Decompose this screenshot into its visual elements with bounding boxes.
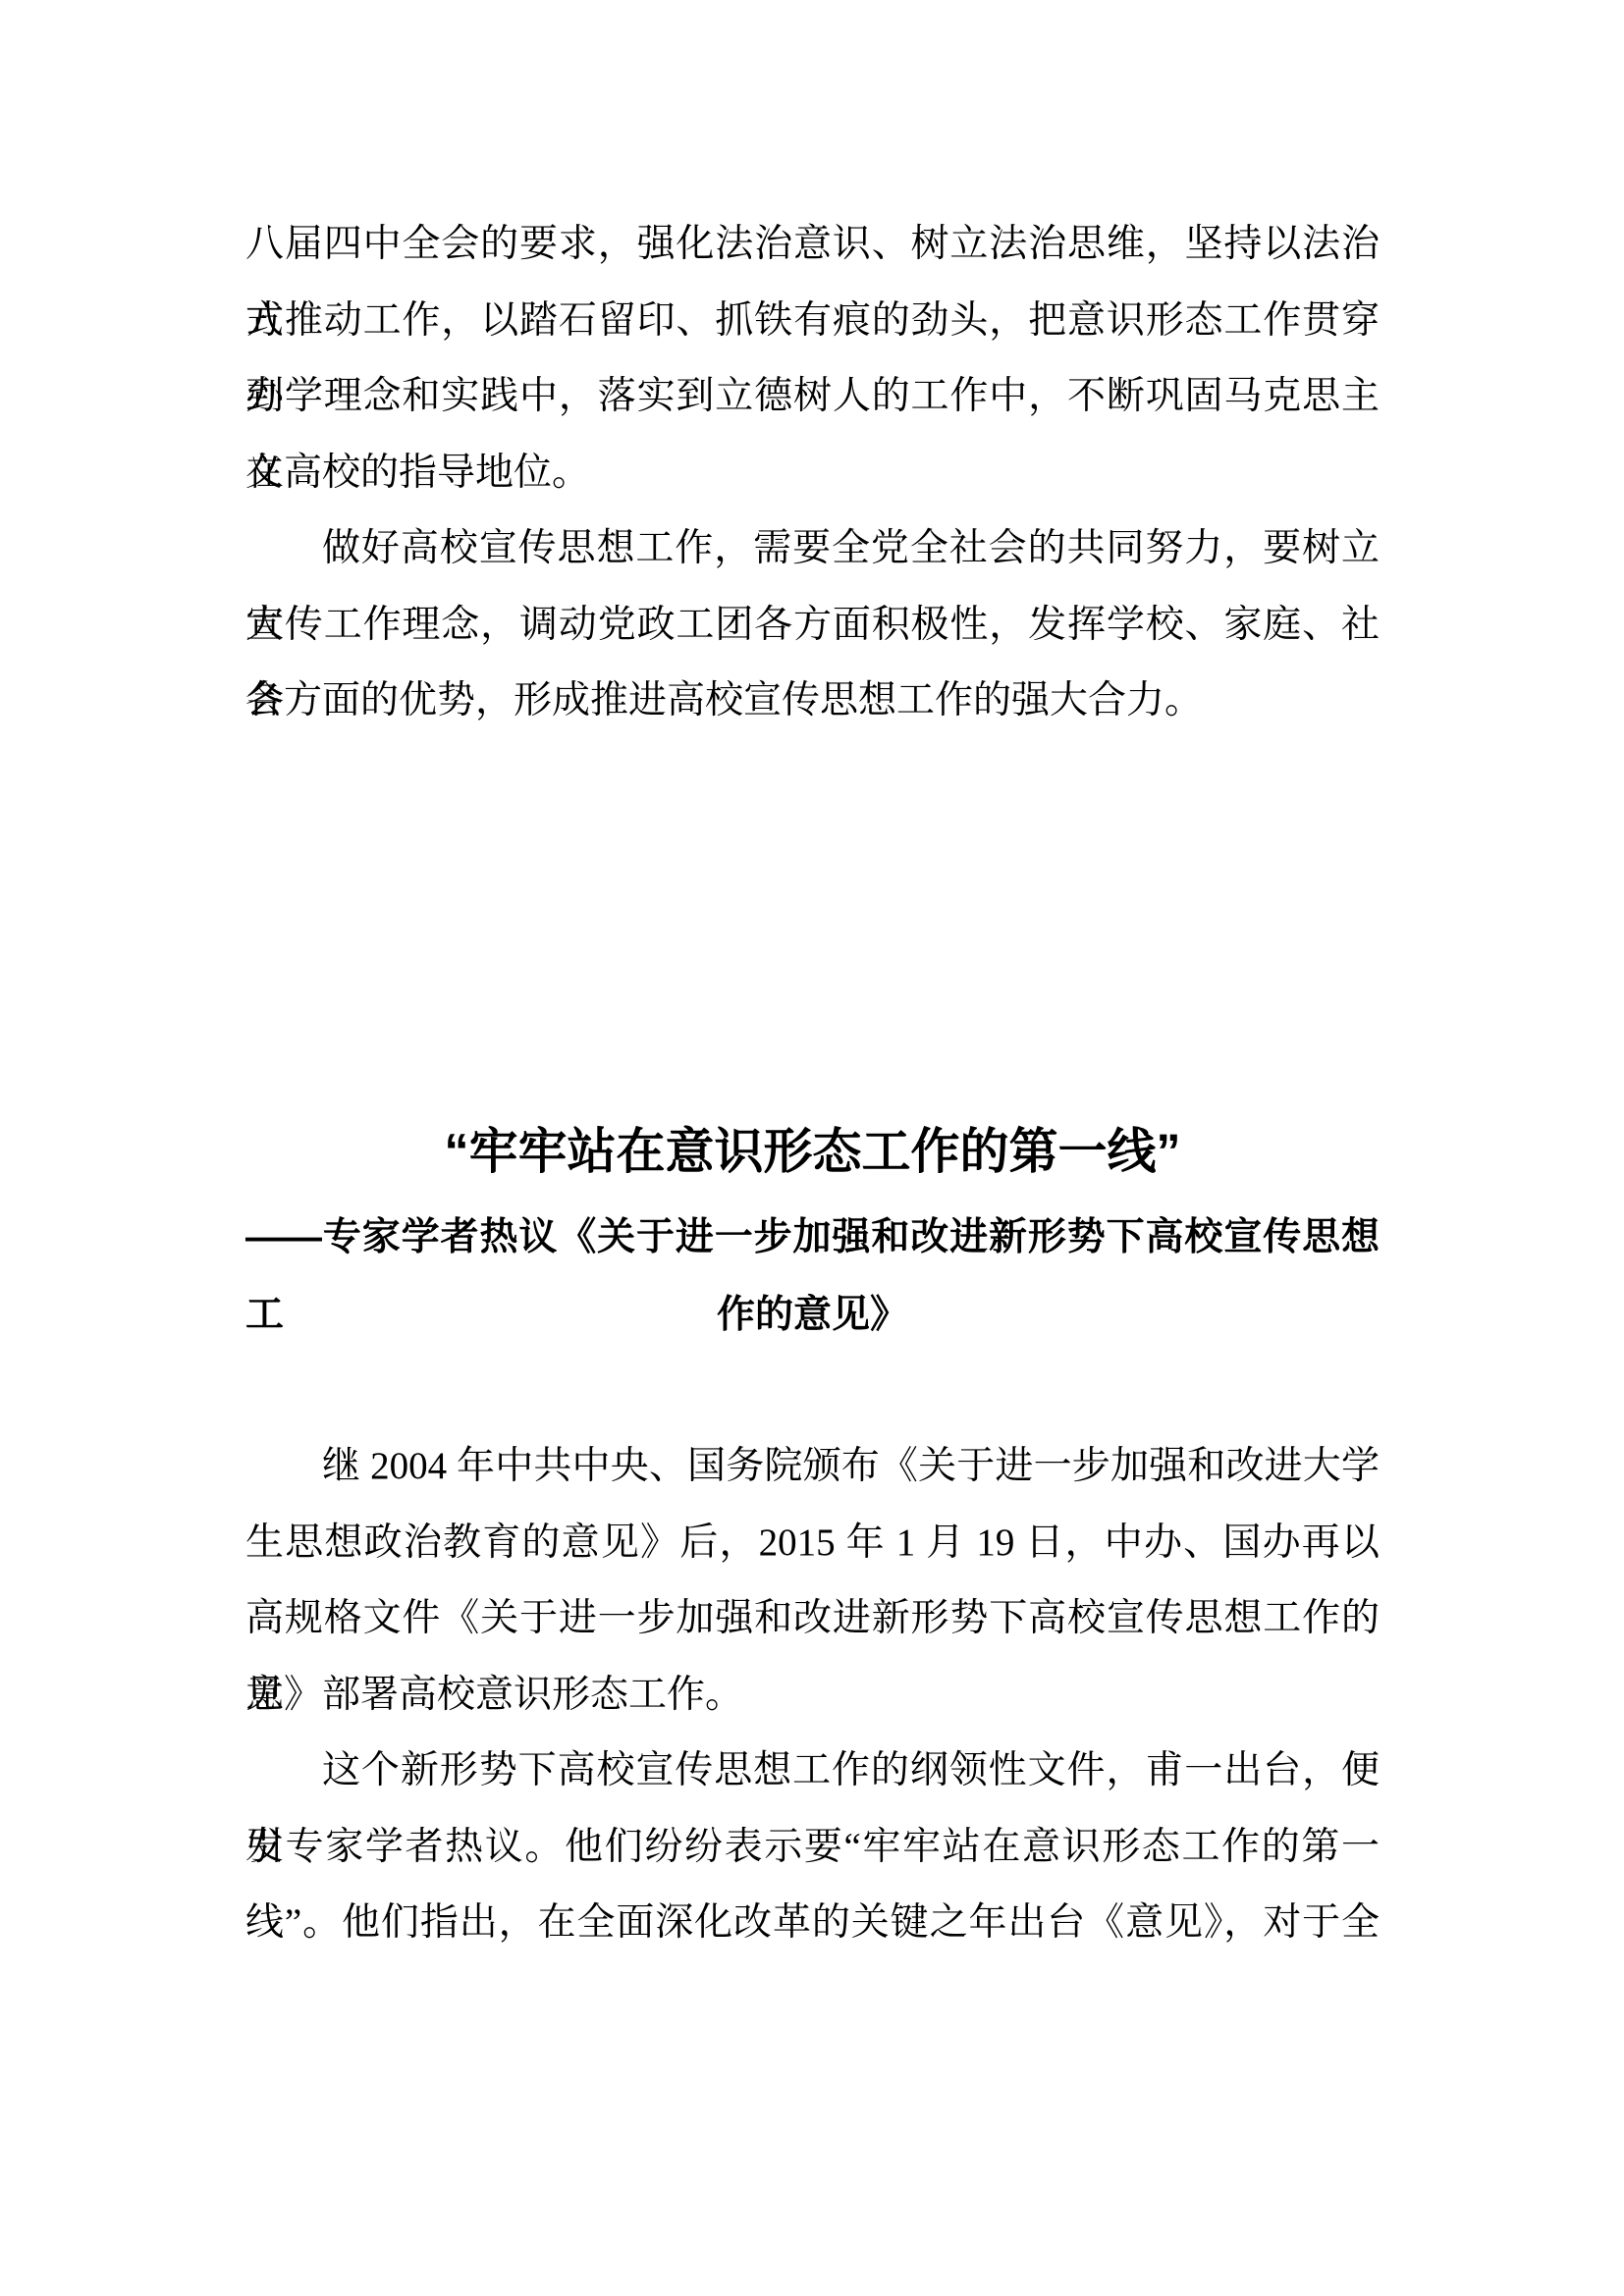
para4-line2: 发专家学者热议。他们纷纷表示要“牢牢站在意识形态工作的第一: [245, 1809, 1380, 1886]
para1-line4: 在高校的指导地位。: [245, 435, 1380, 511]
para1-line1: 八届四中全会的要求，强化法治意识、树立法治思维，坚持以法治方: [245, 206, 1380, 283]
para2-line1: 做好高校宣传思想工作，需要全党全社会的共同努力，要树立大: [245, 510, 1380, 587]
article-subtitle: ——专家学者热议《关于进一步加强和改进新形势下高校宣传思想工 作的意见》: [245, 1199, 1380, 1354]
para2-line3: 各方面的优势，形成推进高校宣传思想工作的强大合力。: [245, 663, 1380, 739]
subtitle-line2: 作的意见》: [245, 1276, 1380, 1354]
para1-line3: 办学理念和实践中，落实到立德树人的工作中，不断巩固马克思主义: [245, 358, 1380, 435]
para1-line2: 式推动工作，以踏石留印、抓铁有痕的劲头，把意识形态工作贯穿到: [245, 283, 1380, 359]
para4-line3: 线”。他们指出，在全面深化改革的关键之年出台《意见》，对于全: [245, 1885, 1380, 1961]
para3-line3: 高规格文件《关于进一步加强和改进新形势下高校宣传思想工作的意: [245, 1580, 1380, 1657]
document-page: 八届四中全会的要求，强化法治意识、树立法治思维，坚持以法治方 式推动工作，以踏石…: [0, 0, 1624, 2296]
para2-line2: 宣传工作理念，调动党政工团各方面积极性，发挥学校、家庭、社会: [245, 587, 1380, 664]
subtitle-line1: ——专家学者热议《关于进一步加强和改进新形势下高校宣传思想工: [245, 1199, 1380, 1276]
bottom-text-block: 继 2004 年中共中央、国务院颁布《关于进一步加强和改进大学 生思想政治教育的…: [245, 1428, 1380, 1961]
para3-line4: 见》部署高校意识形态工作。: [245, 1657, 1380, 1734]
para3-line1: 继 2004 年中共中央、国务院颁布《关于进一步加强和改进大学: [245, 1428, 1380, 1505]
article-title: “牢牢站在意识形态工作的第一线”: [245, 1111, 1380, 1192]
para3-line2: 生思想政治教育的意见》后，2015 年 1 月 19 日，中办、国办再以: [245, 1505, 1380, 1581]
top-text-block: 八届四中全会的要求，强化法治意识、树立法治思维，坚持以法治方 式推动工作，以踏石…: [245, 206, 1380, 739]
para4-line1: 这个新形势下高校宣传思想工作的纲领性文件，甫一出台，便引: [245, 1733, 1380, 1809]
